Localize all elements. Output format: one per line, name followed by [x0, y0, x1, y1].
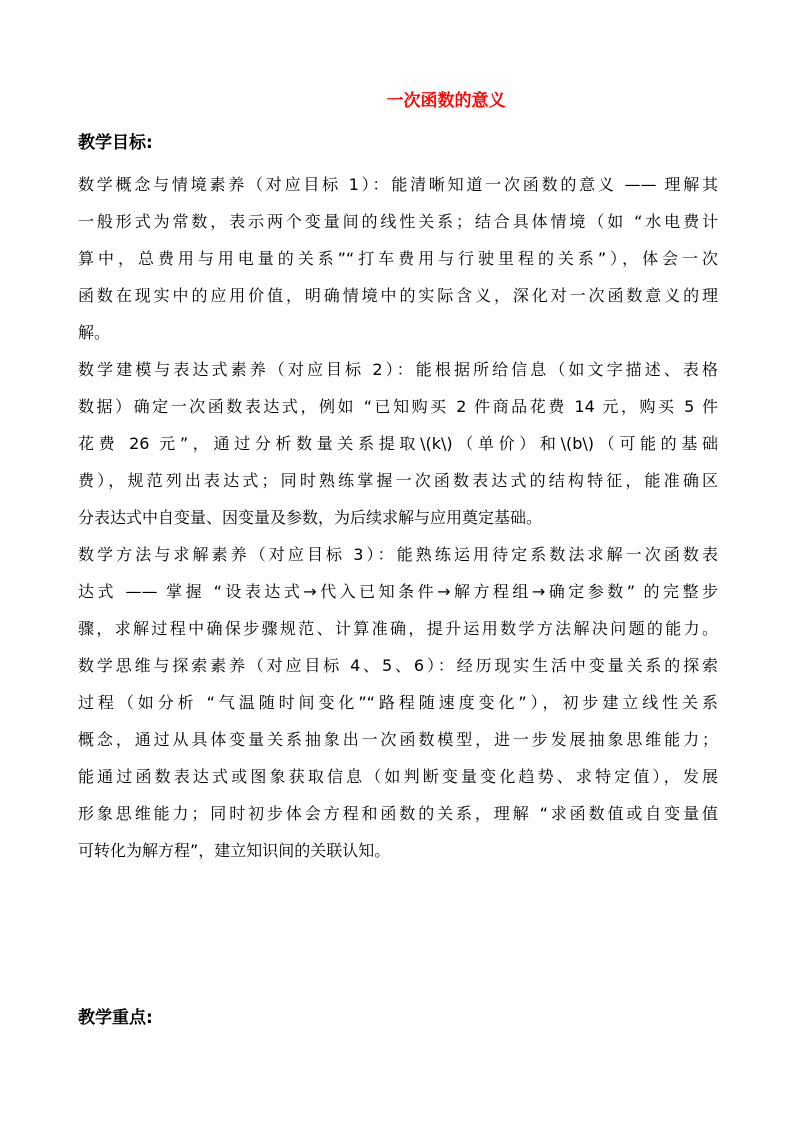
body-line: 概念，通过从具体变量关系抽象出一次函数模型，进一步发展抽象思维能力； — [78, 727, 718, 750]
body-line: 数学思维与探索素养（对应目标 4、5、6）：经历现实生活中变量关系的探索 — [78, 653, 718, 676]
section-heading-teaching-objectives: 教学目标: — [78, 128, 153, 153]
body-line: 算中，总费用与用电量的关系”“打车费用与行驶里程的关系”），体会一次 — [78, 246, 718, 269]
body-line: 费），规范列出表达式；同时熟练掌握一次函数表达式的结构特征，能准确区 — [78, 468, 718, 491]
body-line: 一般形式为常数，表示两个变量间的线性关系；结合具体情境（如 “水电费计 — [78, 209, 718, 232]
body-line: 骤，求解过程中确保步骤规范、计算准确，提升运用数学方法解决问题的能力。 — [78, 616, 718, 639]
body-line: 过程（如分析 “气温随时间变化”“路程随速度变化”），初步建立线性关系 — [78, 690, 718, 713]
body-line: 分表达式中自变量、因变量及参数，为后续求解与应用奠定基础。 — [78, 505, 718, 528]
body-line: 函数在现实中的应用价值，明确情境中的实际含义，深化对一次函数意义的理 — [78, 283, 718, 306]
body-line: 可转化为解方程”，建立知识间的关联认知。 — [78, 838, 718, 861]
section-heading-teaching-focus: 教学重点: — [78, 1003, 153, 1028]
body-line: 解。 — [78, 320, 718, 343]
body-line: 数据）确定一次函数表达式，例如 “已知购买 2 件商品花费 14 元，购买 5 … — [78, 394, 718, 417]
document-title: 一次函数的意义 — [0, 86, 794, 111]
body-line: 数学概念与情境素养（对应目标 1）：能清晰知道一次函数的意义 —— 理解其 — [78, 172, 718, 195]
body-line: 能通过函数表达式或图象获取信息（如判断变量变化趋势、求特定值），发展 — [78, 764, 718, 787]
body-line: 数学建模与表达式素养（对应目标 2）：能根据所给信息（如文字描述、表格 — [78, 357, 718, 380]
body-line: 达式 —— 掌握 “设表达式→代入已知条件→解方程组→确定参数” 的完整步 — [78, 579, 718, 602]
body-line: 数学方法与求解素养（对应目标 3）：能熟练运用待定系数法求解一次函数表 — [78, 542, 718, 565]
body-line: 形象思维能力；同时初步体会方程和函数的关系，理解 “求函数值或自变量值 — [78, 801, 718, 824]
body-line: 花费 26 元”，通过分析数量关系提取\(k\)（单价）和\(b\)（可能的基础 — [78, 431, 718, 454]
